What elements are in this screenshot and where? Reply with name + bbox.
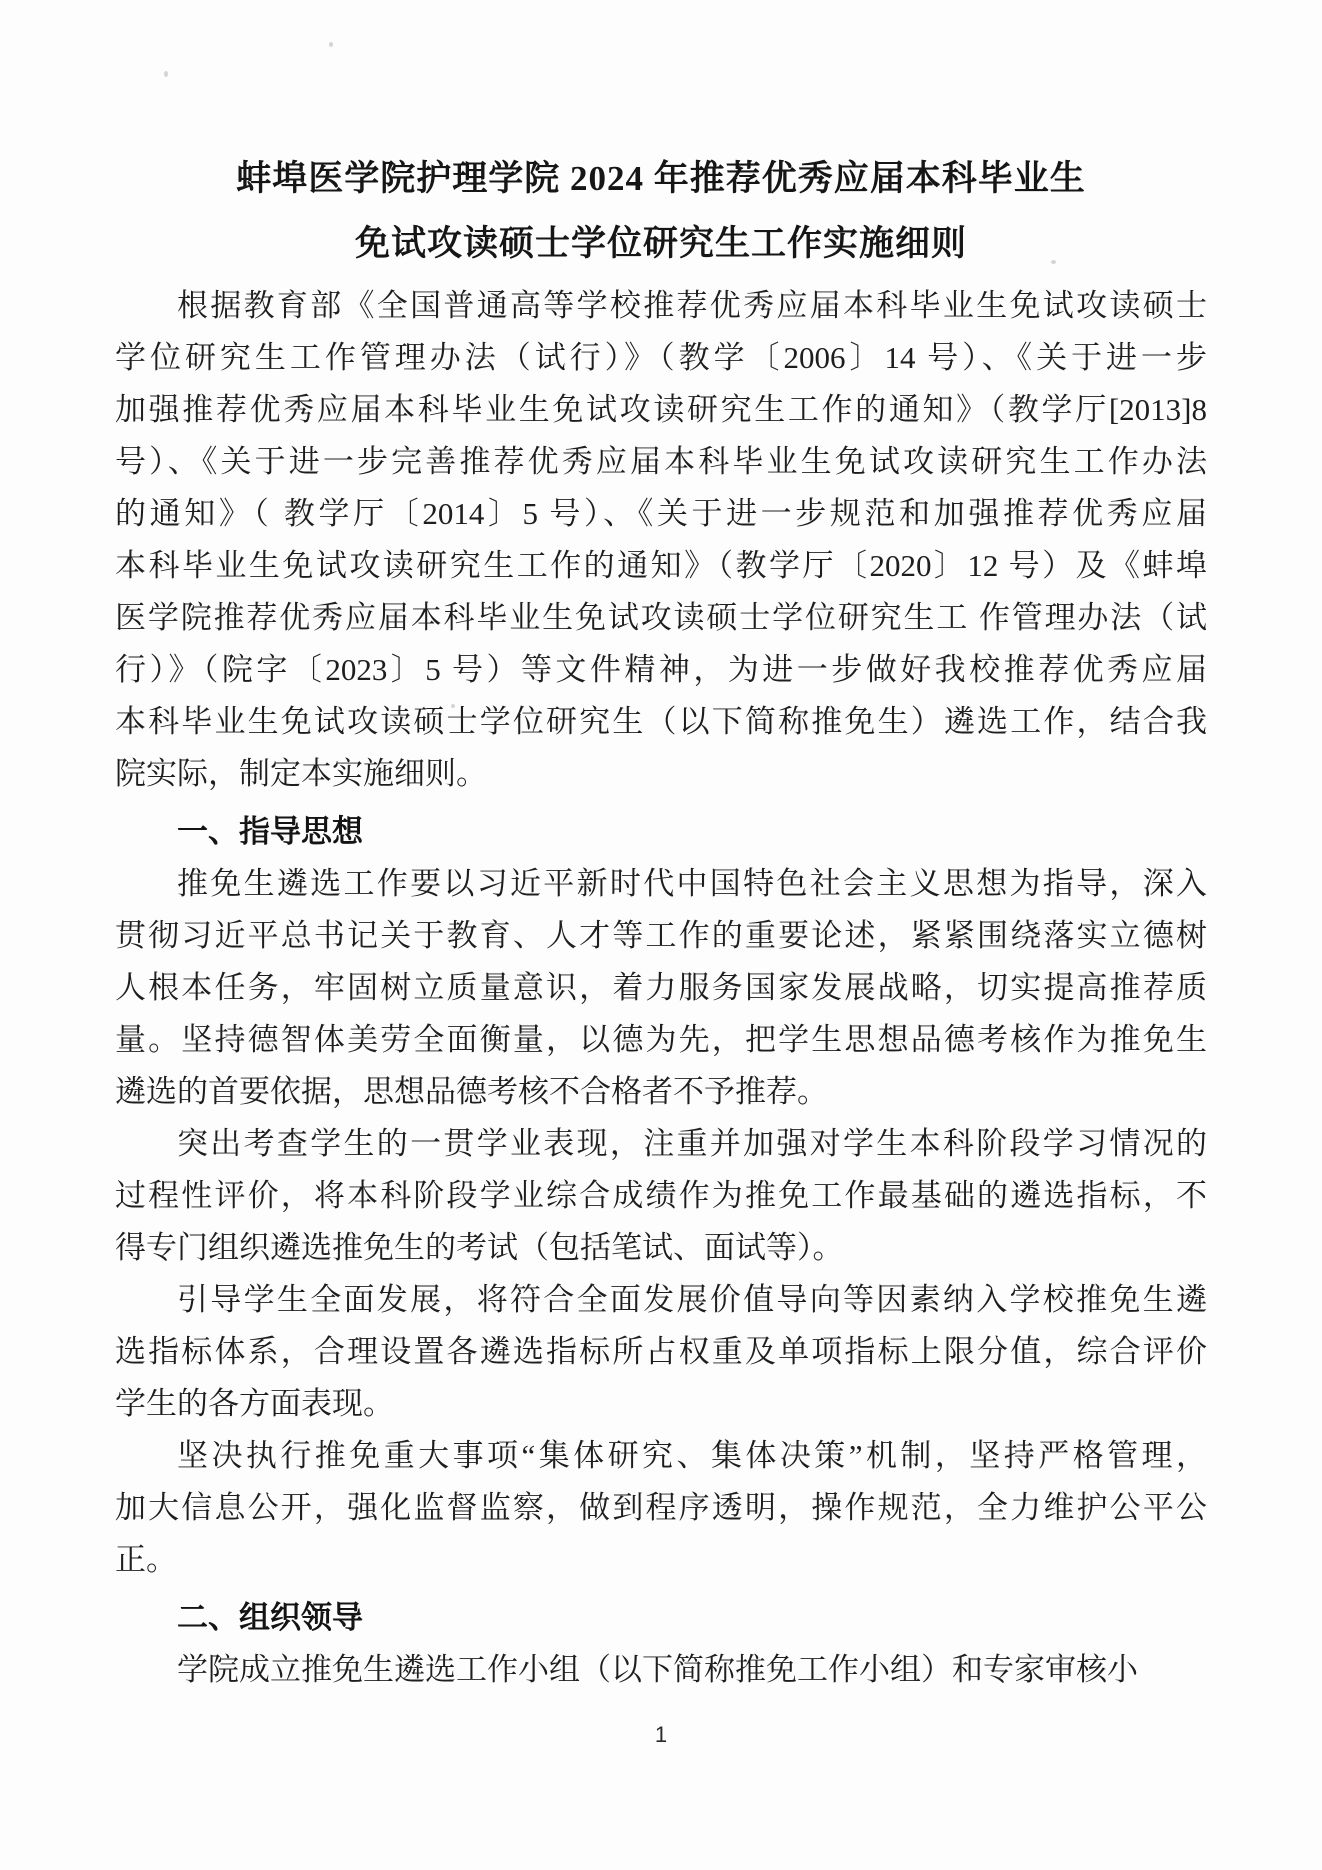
paragraph-line: 突出考查学生的一贯学业表现，注重并加强对学生本科阶段学习情况的 <box>115 1118 1207 1170</box>
paragraph-line: 号）、《关于进一步完善推荐优秀应届本科毕业生免试攻读研究生工作办法 <box>115 436 1207 488</box>
paragraph-line: 根据教育部《全国普通高等学校推荐优秀应届本科毕业生免试攻读硕士 <box>115 280 1207 332</box>
document-content: 蚌埠医学院护理学院 2024 年推荐优秀应届本科毕业生 免试攻读硕士学位研究生工… <box>115 144 1207 1696</box>
paragraph-line: 院实际，制定本实施细则。 <box>115 748 1207 800</box>
paragraph-line: 本科毕业生免试攻读研究生工作的通知》（教学厅〔2020〕12 号）及《蚌埠 <box>115 540 1207 592</box>
paragraph-line: 人根本任务，牢固树立质量意识，着力服务国家发展战略，切实提高推荐质 <box>115 962 1207 1014</box>
scan-artifact <box>164 71 168 77</box>
scan-artifact <box>451 704 455 708</box>
document-title-line-1: 蚌埠医学院护理学院 2024 年推荐优秀应届本科毕业生 <box>115 144 1207 214</box>
paragraph-line: 过程性评价，将本科阶段学业综合成绩作为推免工作最基础的遴选指标，不 <box>115 1170 1207 1222</box>
paragraph-line: 贯彻习近平总书记关于教育、人才等工作的重要论述，紧紧围绕落实立德树 <box>115 910 1207 962</box>
section-heading-1: 一、指导思想 <box>115 806 1207 858</box>
paragraph-line: 学院成立推免生遴选工作小组（以下简称推免工作小组）和专家审核小 <box>115 1644 1207 1696</box>
document-title-line-2: 免试攻读硕士学位研究生工作实施细则 <box>115 214 1207 280</box>
paragraph-line: 量。坚持德智体美劳全面衡量，以德为先，把学生思想品德考核作为推免生 <box>115 1014 1207 1066</box>
paragraph-line: 本科毕业生免试攻读硕士学位研究生（以下简称推免生）遴选工作，结合我 <box>115 696 1207 748</box>
page-number: 1 <box>0 1722 1322 1748</box>
paragraph-line: 遴选的首要依据，思想品德考核不合格者不予推荐。 <box>115 1066 1207 1118</box>
paragraph-line: 行）》（院字〔2023〕5 号）等文件精神，为进一步做好我校推荐优秀应届 <box>115 644 1207 696</box>
paragraph-line: 医学院推荐优秀应届本科毕业生免试攻读硕士学位研究生工 作管理办法（试 <box>115 592 1207 644</box>
paragraph-line: 正。 <box>115 1534 1207 1586</box>
paragraph-line: 的通知》（ 教学厅〔2014〕5 号）、《关于进一步规范和加强推荐优秀应届 <box>115 488 1207 540</box>
paragraph-line: 学生的各方面表现。 <box>115 1378 1207 1430</box>
paragraph-line: 得专门组织遴选推免生的考试（包括笔试、面试等）。 <box>115 1222 1207 1274</box>
paragraph-line: 学位研究生工作管理办法（试行）》（教学〔2006〕14 号）、《关于进一步 <box>115 332 1207 384</box>
scan-artifact <box>1051 260 1056 264</box>
paragraph-line: 推免生遴选工作要以习近平新时代中国特色社会主义思想为指导，深入 <box>115 858 1207 910</box>
paragraph-line: 引导学生全面发展，将符合全面发展价值导向等因素纳入学校推免生遴 <box>115 1274 1207 1326</box>
paragraph-line: 加强推荐优秀应届本科毕业生免试攻读研究生工作的通知》（教学厅[2013]8 <box>115 384 1207 436</box>
scan-artifact <box>329 42 333 47</box>
document-page: 蚌埠医学院护理学院 2024 年推荐优秀应届本科毕业生 免试攻读硕士学位研究生工… <box>0 0 1322 1870</box>
section-heading-2: 二、组织领导 <box>115 1592 1207 1644</box>
paragraph-line: 坚决执行推免重大事项“集体研究、集体决策”机制，坚持严格管理， <box>115 1430 1207 1482</box>
paragraph-line: 加大信息公开，强化监督监察，做到程序透明，操作规范，全力维护公平公 <box>115 1482 1207 1534</box>
paragraph-line: 选指标体系，合理设置各遴选指标所占权重及单项指标上限分值，综合评价 <box>115 1326 1207 1378</box>
